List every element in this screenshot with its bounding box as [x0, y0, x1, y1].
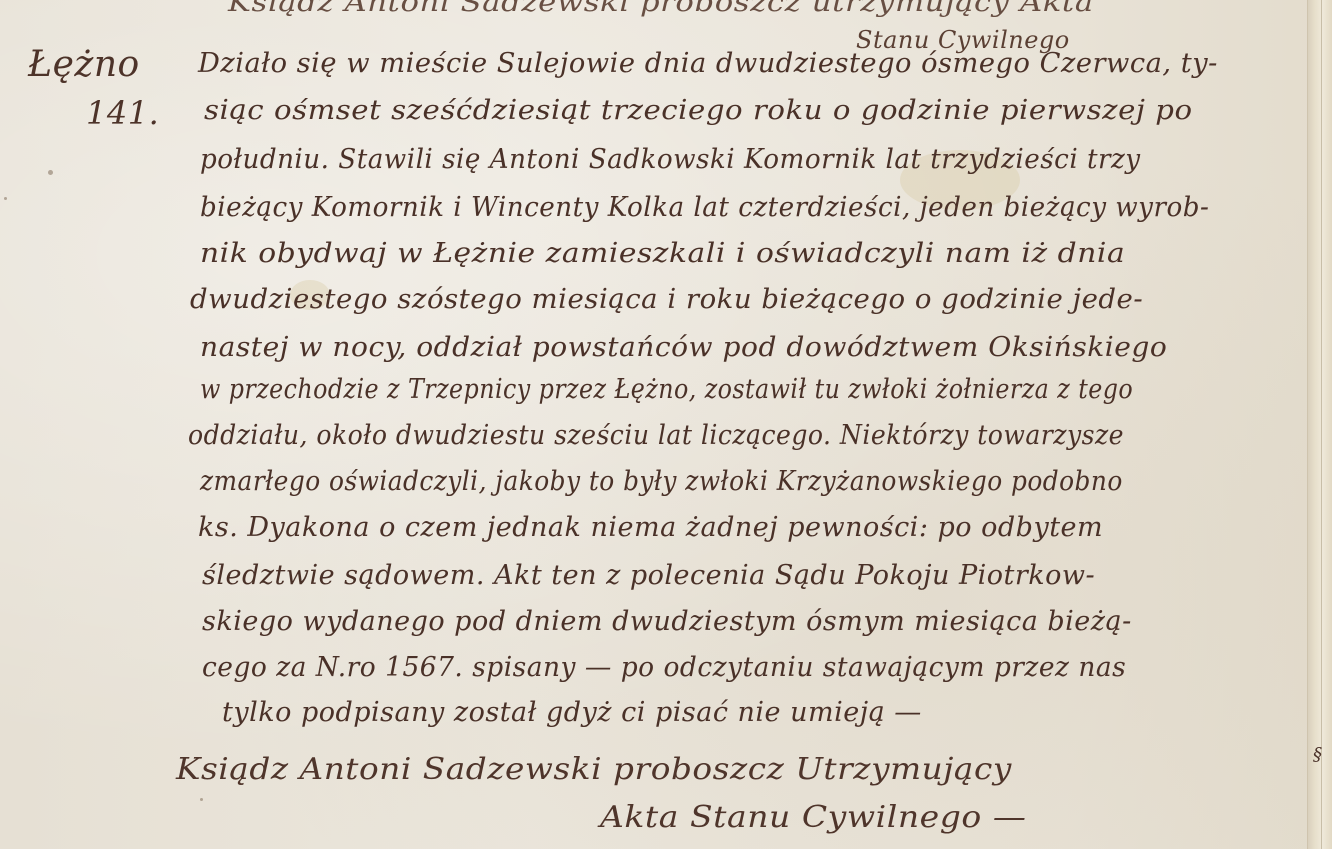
page-edge-line: [1321, 0, 1322, 849]
record-line-3: południu. Stawili się Antoni Sadkowski K…: [200, 144, 1141, 175]
record-line-7: nastej w nocy, oddział powstańców pod do…: [200, 332, 1167, 363]
record-line-6: dwudziestego szóstego miesiąca i roku bi…: [190, 284, 1143, 315]
book-page-edge: [1307, 0, 1332, 849]
record-line-2: siąc ośmset sześćdziesiąt trzeciego roku…: [204, 95, 1193, 126]
record-line-5: nik obydwaj w Łężnie zamieszkali i oświa…: [200, 238, 1125, 269]
ink-spot: [48, 170, 53, 175]
record-line-1: Działo się w mieście Sulejowie dnia dwud…: [198, 48, 1218, 79]
ink-spot: [4, 197, 7, 200]
record-line-10: zmarłego oświadczyli, jakoby to były zwł…: [200, 466, 1123, 497]
record-line-11: ks. Dyakona o czem jednak niema żadnej p…: [198, 512, 1103, 543]
margin-place-name: Łężno: [28, 44, 140, 85]
ink-spot: [200, 798, 203, 801]
record-line-13: skiego wydanego pod dniem dwudziestym ós…: [202, 606, 1132, 637]
record-line-12: śledztwie sądowem. Akt ten z polecenia S…: [202, 560, 1095, 591]
record-line-15: tylko podpisany został gdyż ci pisać nie…: [222, 697, 922, 728]
registrar-signature-line2: Akta Stanu Cywilnego —: [600, 800, 1026, 835]
previous-entry-signature: Ksiądz Antoni Sadzewski proboszcz utrzym…: [228, 0, 1094, 18]
record-line-14: cego za N.ro 1567. spisany — po odczytan…: [202, 652, 1126, 683]
document-page: Ksiądz Antoni Sadzewski proboszcz utrzym…: [0, 0, 1332, 849]
edge-margin-mark: §: [1313, 744, 1322, 765]
registrar-signature: Ksiądz Antoni Sadzewski proboszcz Utrzym…: [176, 752, 1012, 787]
record-line-8: w przechodzie z Trzepnicy przez Łężno, z…: [200, 374, 1133, 405]
record-line-4: bieżący Komornik i Wincenty Kolka lat cz…: [200, 192, 1209, 223]
margin-entry-number: 141.: [86, 94, 159, 132]
record-line-9: oddziału, około dwudziestu sześciu lat l…: [188, 420, 1124, 451]
